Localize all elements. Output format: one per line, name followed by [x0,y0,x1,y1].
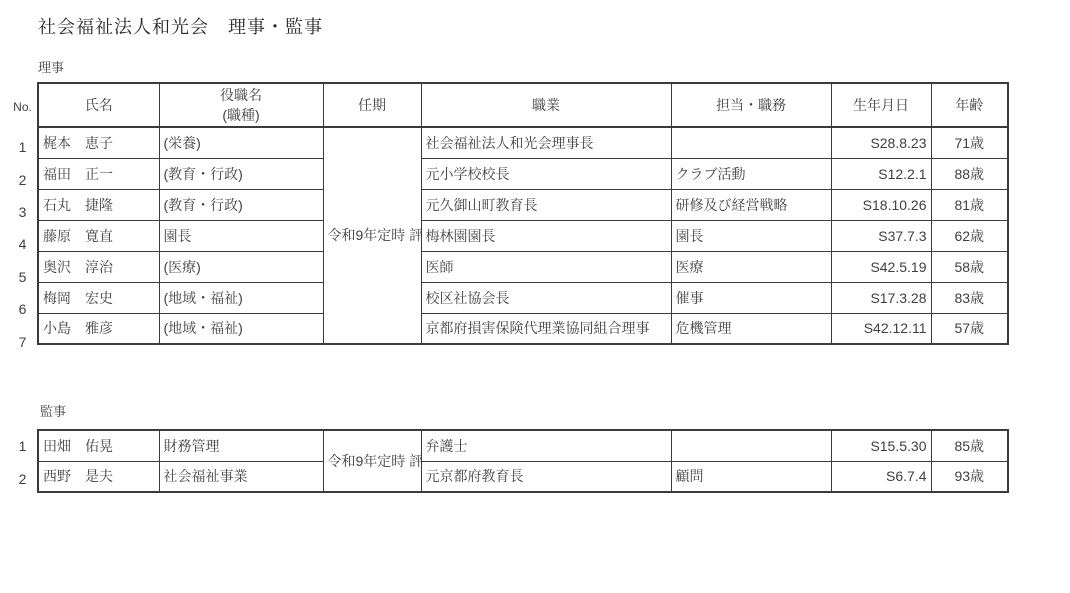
cell-position: (教育・行政) [159,158,323,189]
cell-age: 58歳 [931,251,1008,282]
cell-occupation: 京都府損害保険代理業協同組合理事 [421,313,671,344]
cell-occupation: 医師 [421,251,671,282]
cell-term-merged: 令和9年定時 評議員会終結 の時まで [323,430,421,492]
cell-duty: 顧問 [671,461,831,492]
header-name: 氏名 [38,83,159,127]
directors-section-label: 理事 [38,57,64,76]
row-number: 3 [8,196,37,228]
cell-occupation: 弁護士 [421,430,671,461]
auditors-no-column: 1 2 [8,429,37,495]
cell-duty: 危機管理 [671,313,831,344]
header-duty: 担当・職務 [671,83,831,127]
cell-age: 57歳 [931,313,1008,344]
directors-table: 氏名 役職名 (職種) 任期 職業 担当・職務 生年月日 年齢 梶本 恵子 (栄… [37,82,1009,345]
table-row: 西野 是夫 社会福祉事業 元京都府教育長 顧問 S6.7.4 93歳 [38,461,1008,492]
table-row: 藤原 寛直 園長 梅林園園長 園長 S37.7.3 62歳 [38,220,1008,251]
cell-age: 85歳 [931,430,1008,461]
cell-duty: 研修及び経営戦略 [671,189,831,220]
table-row: 梶本 恵子 (栄養) 令和9年定時 評議員会終 結の時まで 社会福祉法人和光会理… [38,127,1008,158]
cell-name: 西野 是夫 [38,461,159,492]
row-number: 4 [8,228,37,260]
document-page: 社会福祉法人和光会 理事・監事 理事 No. 1 2 3 4 5 6 7 氏名 … [0,0,1070,593]
cell-position: (医療) [159,251,323,282]
cell-name: 梶本 恵子 [38,127,159,158]
cell-position: 社会福祉事業 [159,461,323,492]
cell-position: (地域・福祉) [159,313,323,344]
cell-birth: S6.7.4 [831,461,931,492]
cell-occupation: 社会福祉法人和光会理事長 [421,127,671,158]
cell-name: 福田 正一 [38,158,159,189]
row-number: 2 [8,462,37,495]
cell-occupation: 元京都府教育長 [421,461,671,492]
cell-age: 62歳 [931,220,1008,251]
cell-duty [671,430,831,461]
directors-no-column: No. 1 2 3 4 5 6 7 [8,82,37,358]
cell-age: 88歳 [931,158,1008,189]
header-age: 年齢 [931,83,1008,127]
cell-birth: S42.12.11 [831,313,931,344]
table-row: 梅岡 宏史 (地域・福祉) 校区社協会長 催事 S17.3.28 83歳 [38,282,1008,313]
cell-birth: S28.8.23 [831,127,931,158]
cell-name: 梅岡 宏史 [38,282,159,313]
cell-birth: S18.10.26 [831,189,931,220]
cell-age: 71歳 [931,127,1008,158]
table-row: 小島 雅彦 (地域・福祉) 京都府損害保険代理業協同組合理事 危機管理 S42.… [38,313,1008,344]
row-number: 2 [8,163,37,195]
cell-birth: S12.2.1 [831,158,931,189]
auditors-table: 田畑 佑晃 財務管理 令和9年定時 評議員会終結 の時まで 弁護士 S15.5.… [37,429,1009,493]
row-number: 1 [8,429,37,462]
cell-age: 83歳 [931,282,1008,313]
cell-age: 93歳 [931,461,1008,492]
cell-term-merged: 令和9年定時 評議員会終 結の時まで [323,127,421,344]
no-column-header: No. [8,82,37,131]
cell-age: 81歳 [931,189,1008,220]
table-row: 石丸 捷隆 (教育・行政) 元久御山町教育長 研修及び経営戦略 S18.10.2… [38,189,1008,220]
cell-duty: 医療 [671,251,831,282]
cell-duty: 催事 [671,282,831,313]
cell-occupation: 元小学校校長 [421,158,671,189]
cell-name: 田畑 佑晃 [38,430,159,461]
table-row: 奥沢 淳治 (医療) 医師 医療 S42.5.19 58歳 [38,251,1008,282]
header-term: 任期 [323,83,421,127]
auditors-table-area: 1 2 田畑 佑晃 財務管理 令和9年定時 評議員会終結 の時まで 弁護士 S1… [8,429,1009,495]
cell-name: 奥沢 淳治 [38,251,159,282]
cell-birth: S37.7.3 [831,220,931,251]
cell-position: 財務管理 [159,430,323,461]
row-number: 6 [8,293,37,325]
directors-header-row: 氏名 役職名 (職種) 任期 職業 担当・職務 生年月日 年齢 [38,83,1008,127]
cell-occupation: 梅林園園長 [421,220,671,251]
header-position: 役職名 (職種) [159,83,323,127]
cell-occupation: 元久御山町教育長 [421,189,671,220]
cell-name: 藤原 寛直 [38,220,159,251]
cell-position: (地域・福祉) [159,282,323,313]
cell-duty: クラブ活動 [671,158,831,189]
page-title: 社会福祉法人和光会 理事・監事 [38,13,323,39]
cell-birth: S17.3.28 [831,282,931,313]
cell-birth: S42.5.19 [831,251,931,282]
row-number: 1 [8,131,37,163]
cell-position: (教育・行政) [159,189,323,220]
cell-position: 園長 [159,220,323,251]
table-row: 田畑 佑晃 財務管理 令和9年定時 評議員会終結 の時まで 弁護士 S15.5.… [38,430,1008,461]
cell-birth: S15.5.30 [831,430,931,461]
directors-table-area: No. 1 2 3 4 5 6 7 氏名 役職名 (職種) 任期 職業 担当・職… [8,82,1009,358]
cell-duty [671,127,831,158]
cell-name: 小島 雅彦 [38,313,159,344]
header-occupation: 職業 [421,83,671,127]
cell-position: (栄養) [159,127,323,158]
cell-name: 石丸 捷隆 [38,189,159,220]
cell-occupation: 校区社協会長 [421,282,671,313]
row-number: 7 [8,325,37,357]
auditors-section-label: 監事 [40,401,66,420]
row-number: 5 [8,261,37,293]
cell-duty: 園長 [671,220,831,251]
header-birth: 生年月日 [831,83,931,127]
table-row: 福田 正一 (教育・行政) 元小学校校長 クラブ活動 S12.2.1 88歳 [38,158,1008,189]
